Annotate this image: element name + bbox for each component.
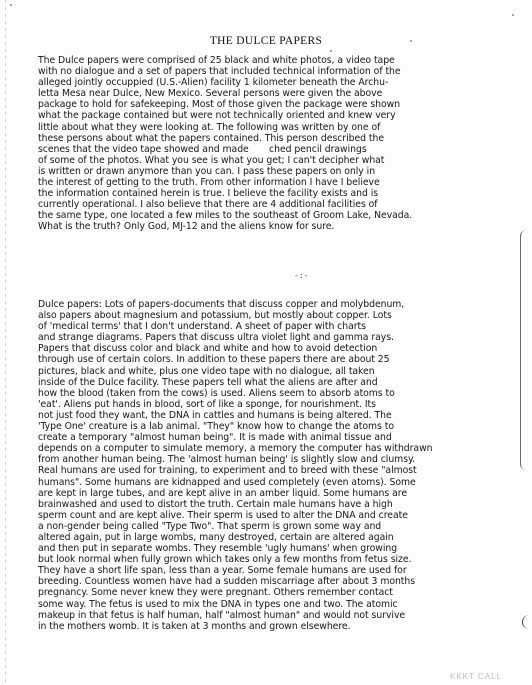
text-line: makeup in that fetus is half human, half… [38,610,508,621]
text-line: altered again, put in large wombs, many … [38,532,508,543]
text-line: humans". Some humans are kidnapped and u… [38,477,508,488]
text-line: from another human being. The 'almost hu… [38,454,508,465]
text-line: what the package contained but were not … [38,110,508,121]
text-line: scenes that the video tape showed and ma… [38,144,508,155]
text-line: 'Type One' creature is a lab animal. "Th… [38,421,508,432]
text-line: alleged jointly occuppied (U.S.-Alien) f… [38,77,508,88]
text-line: inside of the Dulce facility. These pape… [38,377,508,388]
text-line: and then put in separate wombs. They res… [38,543,508,554]
text-line: are kept in large tubes, and are kept al… [38,488,508,499]
text-line: some way. The fetus is used to mix the D… [38,599,508,610]
text-line: of some of the photos. What you see is w… [38,155,508,166]
text-line: Dulce papers: Lots of papers-documents t… [38,299,508,310]
scan-speck [512,14,514,16]
text-line: create a temporary "almost human being".… [38,432,508,443]
text-line: little about what they were looking at. … [38,122,508,133]
text-line: the interest of getting to the truth. Fr… [38,177,508,188]
text-line: these persons about what the papers cont… [38,133,508,144]
text-line: depends on a computer to simulate memory… [38,443,508,454]
text-line: package to hold for safekeeping. Most of… [38,99,508,110]
scan-speck [330,50,332,52]
text-line: how the blood (taken from the cows) is u… [38,388,508,399]
text-line: the same type, one located a few miles t… [38,210,508,221]
dulce-papers-paragraph: Dulce papers: Lots of papers-documents t… [38,299,508,632]
text-line: Papers that discuss color and black and … [38,343,508,354]
text-line: sperm count and are kept alive. Their sp… [38,510,508,521]
scan-left-edge [5,0,6,685]
text-line: They have a short life span, less than a… [38,565,508,576]
scan-right-margin-mark-small [522,615,529,629]
scan-speck [10,4,12,6]
text-line: pictures, black and white, plus one vide… [38,366,508,377]
text-line: What is the truth? Only God, MJ-12 and t… [38,221,508,232]
text-line: 'eat'. Aliens put hands in blood, sort o… [38,399,508,410]
text-line: of 'medical terms' that I don't understa… [38,321,508,332]
text-line: Real humans are used for training, to ex… [38,465,508,476]
text-line: with no dialogue and a set of papers tha… [38,66,508,77]
text-line: is written or drawn anymore than you can… [38,166,508,177]
text-line: brainwashed and used to distort the trut… [38,499,508,510]
scanned-page: THE DULCE PAPERS The Dulce papers were c… [0,0,532,685]
text-line: breeding. Countless women have had a sud… [38,576,508,587]
text-line: but look normal when fully grown which t… [38,554,508,565]
document-title: THE DULCE PAPERS [0,35,532,47]
text-line: and strange diagrams. Papers that discus… [38,332,508,343]
text-line: pregnancy. Some never knew they were pre… [38,587,508,598]
section-separator-mark: -:- [294,271,308,280]
text-line: in the mothers womb. It is taken at 3 mo… [38,621,508,632]
text-line: not just food they want, the DNA in catt… [38,410,508,421]
text-line: also papers about magnesium and potassiu… [38,310,508,321]
text-line: a non-gender being called "Type Two". Th… [38,521,508,532]
text-line: letta Mesa near Dulce, New Mexico. Sever… [38,88,508,99]
text-line: the information contained herein is true… [38,188,508,199]
intro-paragraph: The Dulce papers were comprised of 25 bl… [38,55,508,233]
text-line: through use of certain colors. In additi… [38,354,508,365]
scan-right-margin-mark [520,230,529,470]
faded-footer-stamp: KKKT CALL [450,672,502,681]
text-line: currently operational. I also believe th… [38,199,508,210]
text-line: The Dulce papers were comprised of 25 bl… [38,55,508,66]
